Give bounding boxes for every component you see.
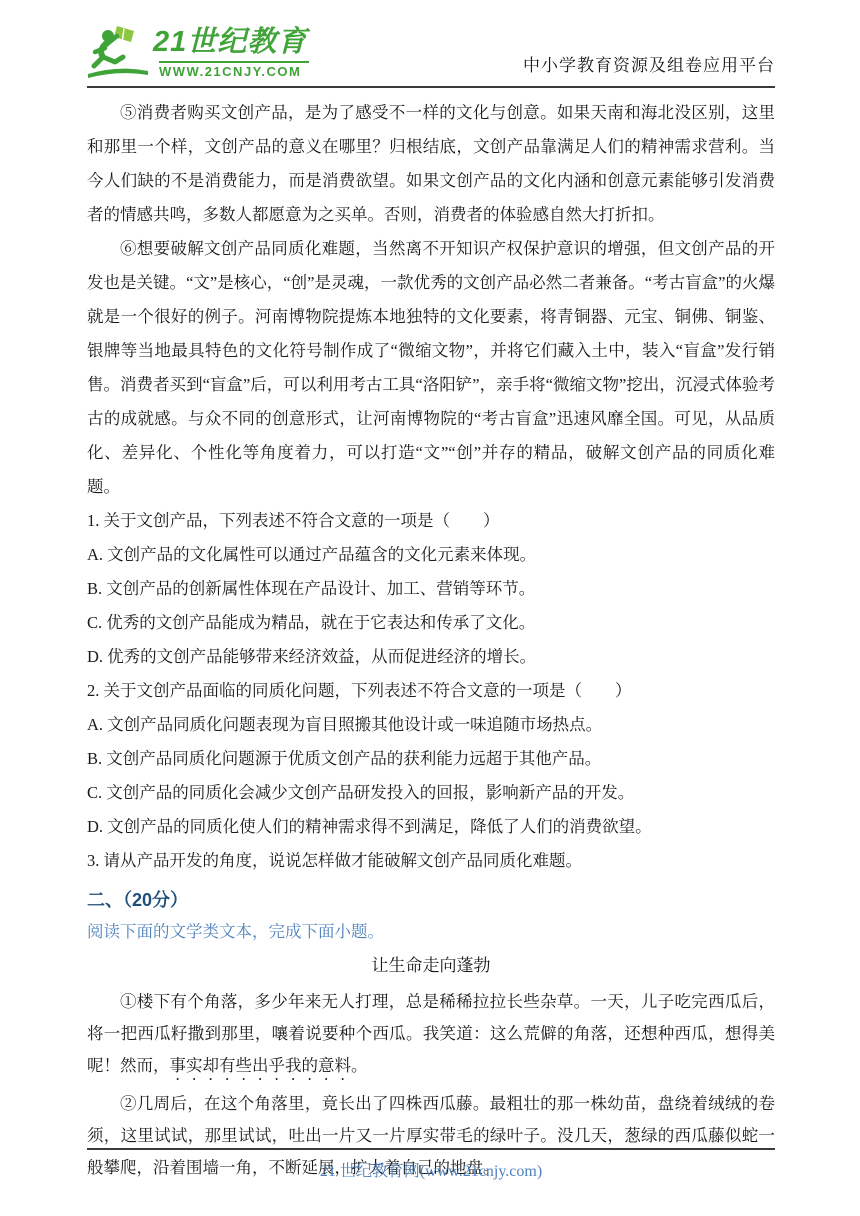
brand-text: 21世纪教育 WWW.21CNJY.COM: [153, 28, 309, 78]
question-2-option-d: D. 文创产品的同质化使人们的精神需求得不到满足，降低了人们的消费欲望。: [87, 810, 775, 844]
emphasized-text: 事实却有些出乎我的意料: [170, 1056, 352, 1075]
essay-title: 让生命走向蓬勃: [87, 950, 775, 982]
question-1-stem: 1. 关于文创产品，下列表述不符合文意的一项是（ ）: [87, 504, 775, 538]
document-body: ⑤消费者购买文创产品，是为了感受不一样的文化与创意。如果天南和海北没区别，这里和…: [87, 96, 775, 1184]
document-page: 21世纪教育 WWW.21CNJY.COM 中小学教育资源及组卷应用平台 ⑤消费…: [0, 0, 860, 1216]
essay-paragraph-1: ①楼下有个角落，多少年来无人打理，总是稀稀拉拉长些杂草。一天，儿子吃完西瓜后，将…: [87, 986, 775, 1084]
logo-title: 21世纪教育: [153, 28, 309, 57]
question-1-option-b: B. 文创产品的创新属性体现在产品设计、加工、营销等环节。: [87, 572, 775, 606]
logo-url: WWW.21CNJY.COM: [159, 61, 309, 78]
question-1-option-a: A. 文创产品的文化属性可以通过产品蕴含的文化元素来体现。: [87, 538, 775, 572]
question-1-option-c: C. 优秀的文创产品能成为精品，就在于它表达和传承了文化。: [87, 606, 775, 640]
passage-paragraph-5: ⑤消费者购买文创产品，是为了感受不一样的文化与创意。如果天南和海北没区别，这里和…: [87, 96, 775, 232]
footer-site-label: 21 世纪教育网(www.21cnjy.com): [320, 1163, 542, 1180]
page-footer: 21 世纪教育网(www.21cnjy.com): [87, 1148, 775, 1181]
passage-paragraph-6: ⑥想要破解文创产品同质化难题，当然离不开知识产权保护意识的增强，但文创产品的开发…: [87, 232, 775, 504]
question-2-option-a: A. 文创产品同质化问题表现为盲目照搬其他设计或一味追随市场热点。: [87, 708, 775, 742]
logo-runner-icon: [87, 24, 149, 82]
question-1-option-d: D. 优秀的文创产品能够带来经济效益，从而促进经济的增长。: [87, 640, 775, 674]
reading-instruction: 阅读下面的文学类文本，完成下面小题。: [87, 916, 775, 948]
essay-paragraph-1-period: 。: [351, 1056, 368, 1075]
question-2-option-c: C. 文创产品的同质化会减少文创产品研发投入的回报，影响新产品的开发。: [87, 776, 775, 810]
question-2-option-b: B. 文创产品同质化问题源于优质文创产品的获利能力远超于其他产品。: [87, 742, 775, 776]
page-header: 21世纪教育 WWW.21CNJY.COM 中小学教育资源及组卷应用平台: [87, 24, 775, 88]
section-two-heading: 二、（20分）: [87, 884, 775, 916]
question-2-stem: 2. 关于文创产品面临的同质化问题，下列表述不符合文意的一项是（ ）: [87, 674, 775, 708]
platform-label: 中小学教育资源及组卷应用平台: [523, 51, 775, 82]
brand-logo: 21世纪教育 WWW.21CNJY.COM: [87, 24, 309, 82]
question-3-stem: 3. 请从产品开发的角度，说说怎样做才能破解文创产品同质化难题。: [87, 844, 775, 878]
